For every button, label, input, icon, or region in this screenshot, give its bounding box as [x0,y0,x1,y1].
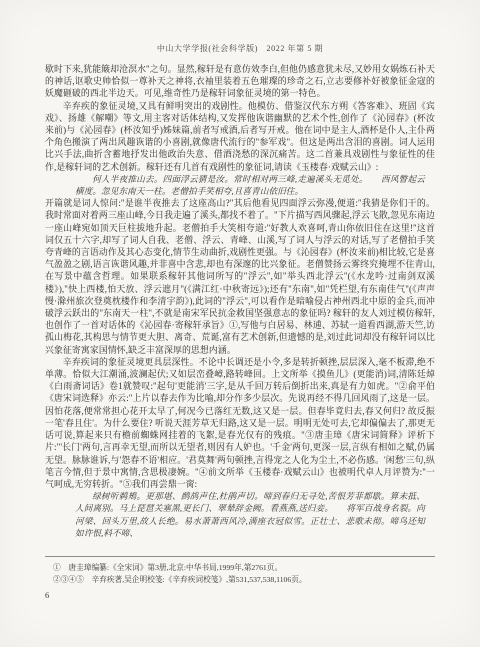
paragraph-continuation: 歇时下来,犹能簸却沧溟水"之句。显然,稼轩是有意仿效李白,但他仍感意犹未尽,又妙… [45,63,435,100]
article-body: 歇时下来,犹能簸却沧溟水"之句。显然,稼轩是有意仿效李白,但他仍感意犹未尽,又妙… [45,63,435,539]
footnote-1: ① 唐圭璋编纂:《全宋词》第3册,北京:中华书局,1999年,第2761页。 [45,562,435,574]
page-number: 6 [45,590,49,600]
paragraph-analysis: 开篇就是词人惊问:"是谁半夜推去了这座高山?"其后他看见四面浮云弥漫,便道:"我… [45,197,435,356]
journal-page: 中山大学学报(社会科学版) 2022 年第 5 期 歇时下来,犹能簸却沧溟水"之… [0,0,480,647]
paragraph-layered-depth: 辛弃疾词的象征灵境更具层深性。不论中长调还是小令,多是转折顿挫,层层深入,毫不板… [45,356,435,490]
footnote-section: ① 唐圭璋编纂:《全宋词》第3册,北京:中华书局,1999年,第2761页。 ②… [45,556,435,585]
paragraph-dramatic-quality: 辛弃疾的象征灵境,又具有鲜明突出的戏剧性。他模仿、借鉴汉代东方朔《答客难》、班固… [45,100,435,173]
poem-quote-hexinlang: 绿树听鹈鴂。更那堪、鹧鸪声住,杜鹃声切。啼到春归无寻处,苦恨芳菲都歇。算未抵、人… [45,490,435,539]
poem-quote-yulouchun: 何人半夜推山去。四面浮云猜是汝。常时相对两三峰,走遍溪头无觅处。 西风瞥起云横度… [45,173,435,197]
footnote-2: ②③④⑤ 辛弃疾著,吴企明校笺:《辛弃疾词校笺》,第531,537,538,11… [45,574,435,586]
journal-header: 中山大学学报(社会科学版) 2022 年第 5 期 [0,43,480,54]
